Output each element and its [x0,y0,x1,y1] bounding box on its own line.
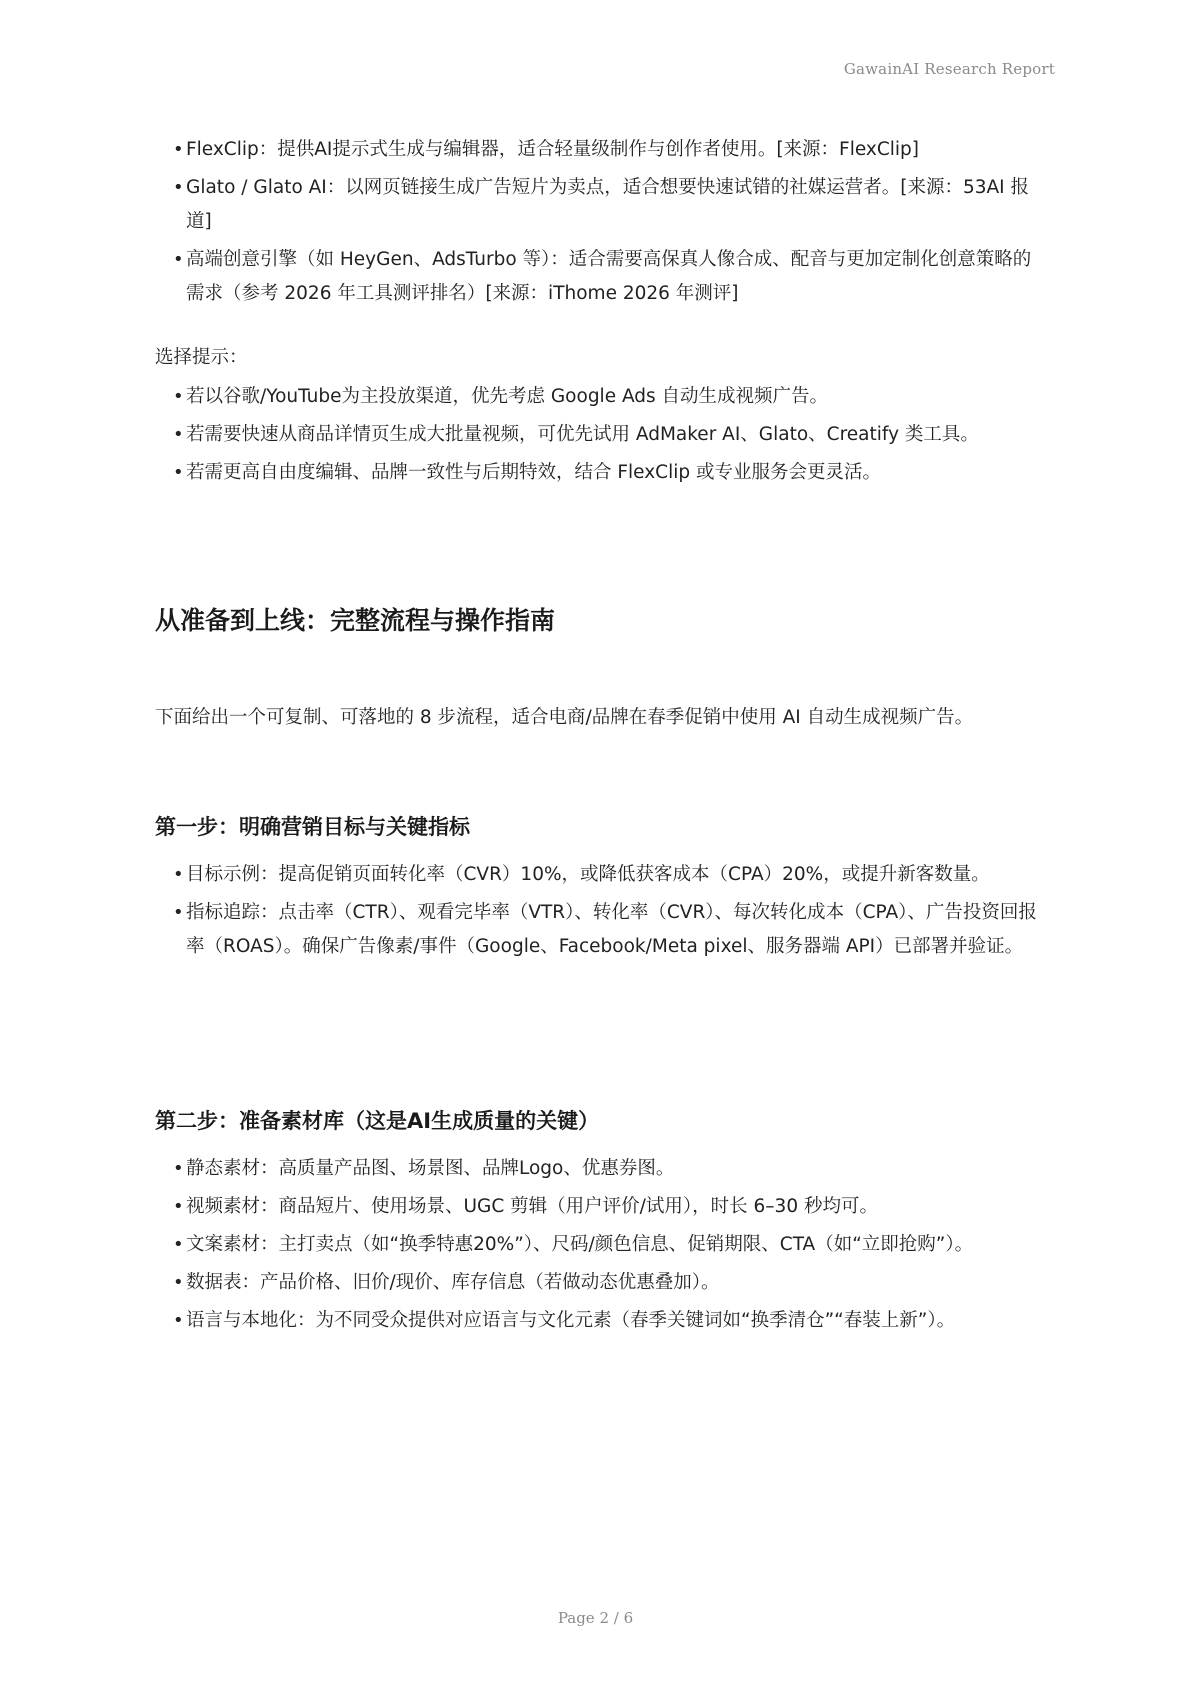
step-1-list: •目标示例：提高促销页面转化率（CVR）10%，或降低获客成本（CPA）20%，… [155,858,1045,964]
list-item: •Glato / Glato AI：以网页链接生成广告短片为卖点，适合想要快速试… [155,171,1045,239]
bullet-icon: • [173,1152,184,1186]
step-1-list-block: •目标示例：提高促销页面转化率（CVR）10%，或降低获客成本（CPA）20%，… [155,858,1045,968]
list-item: •指标追踪：点击率（CTR）、观看完毕率（VTR）、转化率（CVR）、每次转化成… [155,896,1045,964]
bullet-icon: • [173,1228,184,1262]
page-number: Page 2 / 6 [0,1609,1191,1627]
bullet-icon: • [173,171,184,205]
step-2-title: 第二步：准备素材库（这是AI生成质量的关键） [155,1105,1045,1137]
list-item: •语言与本地化：为不同受众提供对应语言与文化元素（春季关键词如“换季清仓”“春装… [155,1304,1045,1338]
bullet-icon: • [173,858,184,892]
tools-list: •FlexClip：提供AI提示式生成与编辑器，适合轻量级制作与创作者使用。[来… [155,133,1045,311]
list-item: •视频素材：商品短片、使用场景、UGC 剪辑（用户评价/试用），时长 6–30 … [155,1190,1045,1224]
step-2-heading-block: 第二步：准备素材库（这是AI生成质量的关键） [155,1105,1045,1137]
bullet-icon: • [173,243,184,277]
section-title: 从准备到上线：完整流程与操作指南 [155,603,1045,639]
list-item: •目标示例：提高促销页面转化率（CVR）10%，或降低获客成本（CPA）20%，… [155,858,1045,892]
section-heading-block: 从准备到上线：完整流程与操作指南 [155,603,1045,639]
tips-list-block: •若以谷歌/YouTube为主投放渠道，优先考虑 Google Ads 自动生成… [155,380,1045,494]
list-item: •若以谷歌/YouTube为主投放渠道，优先考虑 Google Ads 自动生成… [155,380,1045,414]
bullet-icon: • [173,896,184,930]
tips-block: 选择提示： [155,341,1045,375]
step-1-title: 第一步：明确营销目标与关键指标 [155,811,1045,843]
list-item: •文案素材：主打卖点（如“换季特惠20%”）、尺码/颜色信息、促销期限、CTA（… [155,1228,1045,1262]
bullet-icon: • [173,1266,184,1300]
list-item: •静态素材：高质量产品图、场景图、品牌Logo、优惠券图。 [155,1152,1045,1186]
bullet-icon: • [173,418,184,452]
list-item: •数据表：产品价格、旧价/现价、库存信息（若做动态优惠叠加）。 [155,1266,1045,1300]
intro-block: 下面给出一个可复制、可落地的 8 步流程，适合电商/品牌在春季促销中使用 AI … [155,701,1045,735]
intro-paragraph: 下面给出一个可复制、可落地的 8 步流程，适合电商/品牌在春季促销中使用 AI … [155,701,1045,735]
bullet-icon: • [173,133,184,167]
list-item: •高端创意引擎（如 HeyGen、AdsTurbo 等）：适合需要高保真人像合成… [155,243,1045,311]
bullet-icon: • [173,456,184,490]
step-2-list: •静态素材：高质量产品图、场景图、品牌Logo、优惠券图。 •视频素材：商品短片… [155,1152,1045,1338]
step-2-list-block: •静态素材：高质量产品图、场景图、品牌Logo、优惠券图。 •视频素材：商品短片… [155,1152,1045,1342]
running-header: GawainAI Research Report [844,60,1055,78]
list-item: •若需要快速从商品详情页生成大批量视频，可优先试用 AdMaker AI、Gla… [155,418,1045,452]
bullet-icon: • [173,1304,184,1338]
tips-label: 选择提示： [155,341,1045,375]
tips-list: •若以谷歌/YouTube为主投放渠道，优先考虑 Google Ads 自动生成… [155,380,1045,490]
list-item: •若需更高自由度编辑、品牌一致性与后期特效，结合 FlexClip 或专业服务会… [155,456,1045,490]
step-1-heading-block: 第一步：明确营销目标与关键指标 [155,811,1045,843]
list-item: •FlexClip：提供AI提示式生成与编辑器，适合轻量级制作与创作者使用。[来… [155,133,1045,167]
bullet-icon: • [173,380,184,414]
tools-list-block: •FlexClip：提供AI提示式生成与编辑器，适合轻量级制作与创作者使用。[来… [155,133,1045,315]
bullet-icon: • [173,1190,184,1224]
